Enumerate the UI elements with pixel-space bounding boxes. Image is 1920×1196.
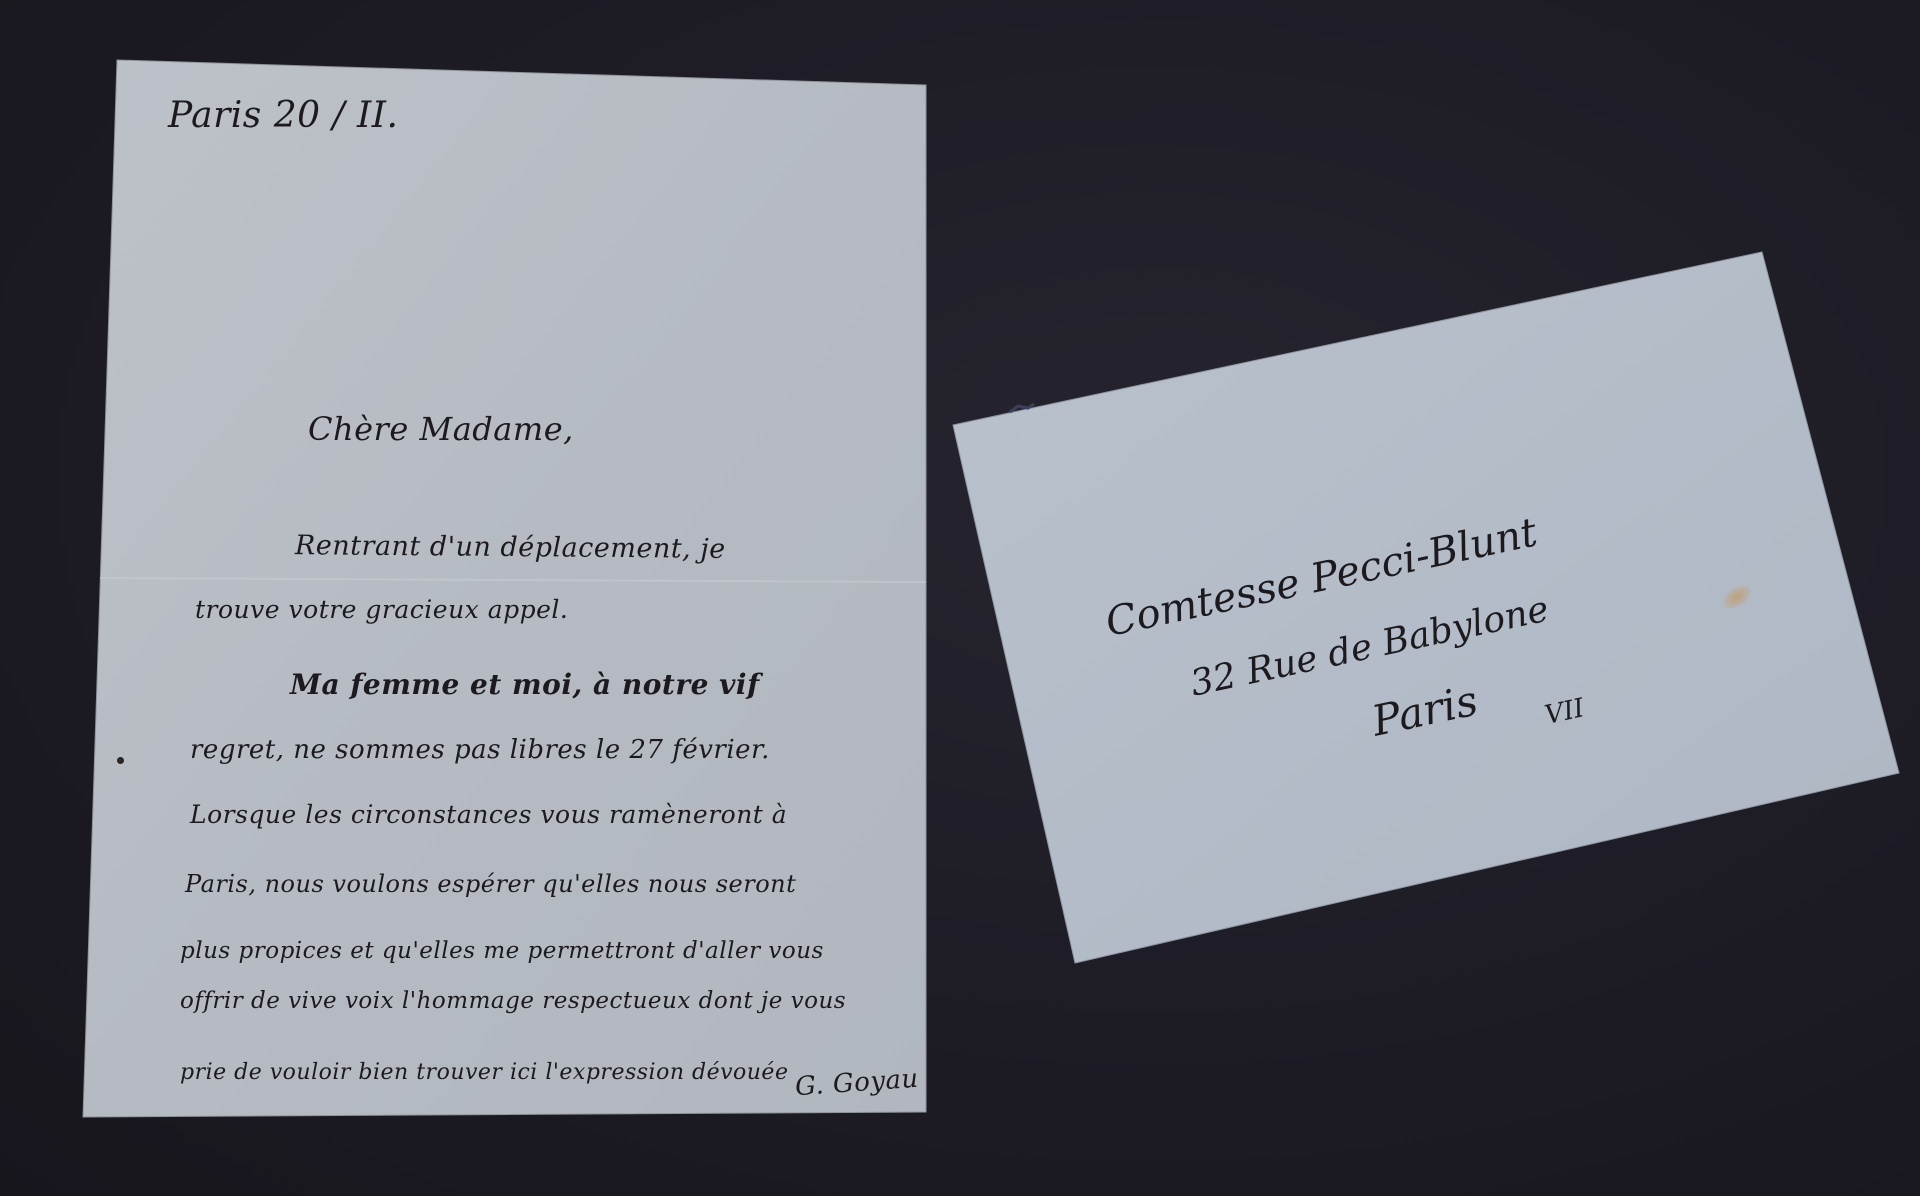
letter-line: Paris, nous voulons espérer qu'elles nou…: [185, 870, 796, 898]
letter-line: Ma femme et moi, à notre vif: [290, 668, 760, 701]
letter-line: offrir de vive voix l'hommage respectueu…: [180, 988, 846, 1014]
letter-date: Paris 20 / II.: [168, 95, 398, 136]
letter-line: trouve votre gracieux appel.: [195, 595, 568, 624]
envelope: [953, 252, 1899, 963]
ink-spot: [117, 757, 124, 764]
letter-line: plus propices et qu'elles me permettront…: [180, 938, 824, 964]
letter-line: Lorsque les circonstances vous ramèneron…: [190, 800, 787, 829]
letter-line: regret, ne sommes pas libres le 27 févri…: [190, 735, 770, 765]
letter-line: Rentrant d'un déplacement, je: [295, 530, 726, 565]
letter-salutation: Chère Madame,: [308, 410, 574, 448]
letter-line: prie de vouloir bien trouver ici l'expre…: [180, 1060, 788, 1085]
